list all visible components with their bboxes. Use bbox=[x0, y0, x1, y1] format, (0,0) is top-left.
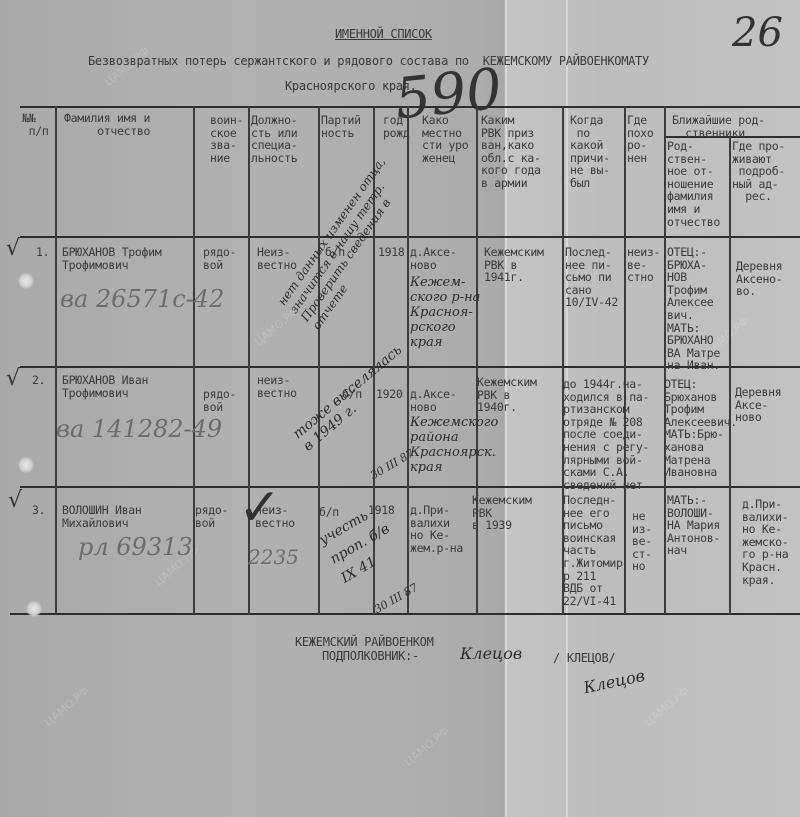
row-rank: рядо- вой bbox=[203, 246, 236, 271]
header-when-reason: Когда по какой причи- не вы- был bbox=[570, 114, 610, 190]
handwritten-date: 30 III 87 bbox=[372, 581, 420, 616]
row-num: 1. bbox=[36, 246, 49, 259]
footer-signature: Клецов bbox=[460, 644, 522, 663]
row-when-reason: до 1944г.на- ходился в па- ртизанском от… bbox=[563, 378, 649, 491]
header-bottom-border bbox=[20, 236, 800, 238]
header-rank: воин- ское зва- ние bbox=[210, 114, 243, 164]
row-rvk: Кежемским РВК в 1941г. bbox=[484, 246, 544, 284]
checkmark: √ bbox=[8, 488, 22, 513]
document-subtitle: Безвозвратных потерь сержантского и рядо… bbox=[88, 55, 649, 68]
column-border bbox=[55, 106, 57, 614]
header-party: Партий ность bbox=[321, 114, 361, 139]
row-relation: ОТЕЦ:- БРЮХА- НОВ Трофим Алексее вич. МА… bbox=[667, 246, 720, 372]
row-position: Неиз- вестно bbox=[257, 246, 297, 271]
footer-office: КЕЖЕМСКИЙ РАЙВОЕНКОМ bbox=[295, 636, 434, 649]
column-border bbox=[729, 136, 731, 614]
row-when-reason: Последн- нее его письмо воинская часть г… bbox=[563, 494, 623, 607]
checkmark: √ bbox=[6, 366, 20, 391]
name-pencil-note: ва 141282-49 bbox=[56, 415, 222, 443]
extra-signature: Клецов bbox=[582, 666, 647, 698]
header-buried: Где похо ро- нен bbox=[627, 114, 654, 164]
row-birth-year: 1918 bbox=[378, 246, 405, 259]
row-name: БРЮХАНОВ Иван Трофимович bbox=[62, 374, 148, 399]
row-address: Деревня Аксено- во. bbox=[736, 260, 782, 298]
footer-rank: ПОДПОЛКОВНИК:- bbox=[322, 650, 419, 663]
large-checkmark: ✓ bbox=[238, 478, 282, 538]
watermark: ЦАМО.РФ bbox=[402, 724, 452, 769]
header-num: №№ п/п bbox=[22, 112, 49, 137]
column-border bbox=[476, 106, 478, 614]
row-when-reason: Послед- нее пи- сьмо пи сано 10/IV-42 bbox=[565, 246, 618, 309]
header-relatives: Ближайшие род- ственники bbox=[672, 114, 765, 139]
punch-hole bbox=[18, 273, 34, 289]
row-address: д.При- валихи- но Ке- жемско- го р-на Кр… bbox=[742, 498, 788, 586]
name-pencil-note: рл 69313 bbox=[78, 533, 193, 561]
row-birthplace: д.Аксе- ново bbox=[410, 246, 456, 271]
row-birthplace: д.Аксе- ново bbox=[410, 388, 456, 413]
row-rank: рядо- вой bbox=[195, 504, 228, 529]
birthplace-handwritten: Кежем- ского р-на Красноя- рского края bbox=[410, 275, 480, 350]
row-address: Деревня Аксе- ново bbox=[735, 386, 781, 424]
header-birth-year: год рожд bbox=[383, 114, 410, 139]
birthplace-handwritten: Кежемского района Красноярск. края bbox=[410, 415, 498, 475]
row-rvk: Кежемским РВК в 1939 bbox=[472, 494, 532, 532]
watermark: ЦАМО.РФ bbox=[642, 684, 692, 729]
header-relation: Род- ствен- ное от- ношение фамилия имя … bbox=[667, 140, 720, 228]
name-pencil-note: ва 26571с-42 bbox=[60, 285, 224, 313]
table-top-border bbox=[20, 106, 800, 108]
header-address: Где про- живают подроб- ный ад- рес. bbox=[732, 140, 785, 203]
table-bottom-border bbox=[10, 613, 800, 615]
header-rvk: Каким РВК приз ван,како обл.с ка- кого г… bbox=[481, 114, 541, 190]
header-birthplace: Како местно сти уро женец bbox=[422, 114, 468, 164]
row-buried: неиз- ве- стно bbox=[627, 246, 660, 284]
watermark: ЦАМО.РФ bbox=[42, 684, 92, 729]
punch-hole bbox=[26, 601, 42, 617]
column-border bbox=[664, 106, 666, 614]
footer-name: / КЛЕЦОВ/ bbox=[553, 652, 615, 665]
position-pencil-note: 2235 bbox=[248, 545, 299, 569]
row-rank: рядо- вой bbox=[203, 388, 236, 413]
row-divider bbox=[20, 486, 800, 488]
row-num: 3. bbox=[32, 504, 45, 517]
row-buried: не из- ве- ст- но bbox=[632, 510, 652, 573]
row-rvk: Кежемским РВК в 1940г. bbox=[477, 376, 537, 414]
punch-hole bbox=[18, 457, 34, 473]
handwritten-date: 30 III 87 bbox=[368, 447, 416, 482]
header-name: Фамилия имя и отчество bbox=[64, 112, 150, 137]
page-number-handwritten: 26 bbox=[732, 10, 783, 56]
row-position: неиз- вестно bbox=[257, 374, 297, 399]
column-border bbox=[624, 106, 626, 614]
row-num: 2. bbox=[32, 374, 45, 387]
row-name: БРЮХАНОВ Трофим Трофимович bbox=[62, 246, 161, 271]
row-birthplace: д.При- валихи но Ке- жем.р-на bbox=[410, 504, 463, 554]
row-relation: ОТЕЦ: Брюханов Трофим Алексеевич. МАТЬ:Б… bbox=[664, 378, 737, 479]
document-title: ИМЕННОЙ СПИСОК bbox=[335, 28, 432, 41]
row-name: ВОЛОШИН Иван Михайлович bbox=[62, 504, 141, 529]
row-party: б/п bbox=[319, 506, 339, 519]
header-position: Должно- сть или специа- льность bbox=[251, 114, 297, 164]
row-relation: МАТЬ:- ВОЛОШИ- НА Мария Антонов- нач bbox=[667, 494, 720, 557]
checkmark: √ bbox=[6, 236, 20, 261]
archive-document-page: ЦАМО.РФ ЦАМО.РФ ЦАМО.РФ ЦАМО.РФ ЦАМО.РФ … bbox=[0, 0, 800, 817]
column-border bbox=[193, 106, 195, 614]
